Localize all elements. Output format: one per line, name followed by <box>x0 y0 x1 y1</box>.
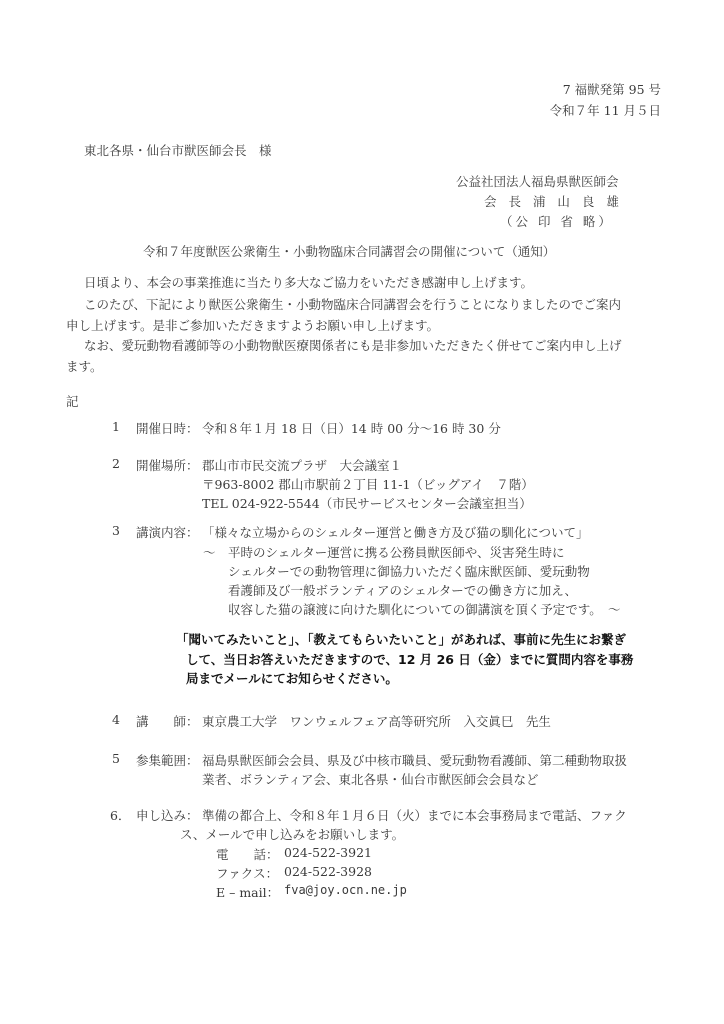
item-4-lecturer: 東京農工大学 ワンウェルフェア高等研究所 入交眞巳 先生 <box>202 712 551 730</box>
contact-phone-value: 024-522-3921 <box>284 845 372 860</box>
document-date: 令和７年 11 月５日 <box>550 101 661 119</box>
item-3-desc-4: 収容した猫の譲渡に向けた馴化についての御講演を頂く予定です。 〜 <box>228 600 621 618</box>
item-1-label: 開催日時： <box>136 419 199 437</box>
item-5-scope-2: 業者、ボランティア会、東北各県・仙台市獣医師会会員など <box>202 770 539 788</box>
question-notice-line-3: 局までメールにてお知らせください。 <box>186 669 398 687</box>
body-paragraph-2-line-2: 申し上げます。是非ご参加いただきますようお願い申し上げます。 <box>66 316 439 334</box>
ki-heading: 記 <box>66 392 79 410</box>
item-3-title: 「様々な立場からのシェルター運営と働き方及び猫の馴化について」 <box>202 523 589 541</box>
item-6-label: 申し込み： <box>136 806 199 824</box>
contact-fax-value: 024-522-3928 <box>284 864 372 879</box>
item-5-label: 参集範囲： <box>136 751 199 769</box>
question-notice-line-2: して、当日お答えいただきますので、12 月 26 日（金）までに質問内容を事務 <box>186 650 633 668</box>
seal-note: （公 印 省 略） <box>500 212 614 230</box>
body-paragraph-2-line-1: このたび、下記により獣医公衆衛生・小動物臨床合同講習会を行うことになりましたので… <box>84 295 621 313</box>
item-6-text-2: ス、メールで申し込みをお願いします。 <box>180 825 404 843</box>
body-paragraph-3-line-1: なお、愛玩動物看護師等の小動物獣医療関係者にも是非参加いただきたく併せてご案内申… <box>84 336 622 354</box>
item-2-address: 〒963-8002 郡山市駅前２丁目 11-1（ビッグアイ ７階） <box>202 475 534 493</box>
body-paragraph-3-line-2: ます。 <box>66 357 103 375</box>
contact-email-value[interactable]: fva@joy.ocn.ne.jp <box>284 883 407 897</box>
item-1-number: 1 <box>112 419 120 434</box>
item-5-number: 5 <box>112 751 120 766</box>
item-3-label: 講演内容： <box>136 523 199 541</box>
item-2-label: 開催場所： <box>136 456 199 474</box>
item-2-phone: TEL 024-922-5544（市民サービスセンター会議室担当） <box>202 494 532 512</box>
item-1-value: 令和８年１月 18 日（日）14 時 00 分〜16 時 30 分 <box>202 419 501 437</box>
sender-name: 会 長 浦 山 良 雄 <box>484 192 623 210</box>
document-number: 7 福獣発第 95 号 <box>563 80 661 98</box>
contact-email-label: E – mail： <box>216 883 279 901</box>
item-2-venue: 郡山市市民交流プラザ 大会議室１ <box>202 456 402 474</box>
body-paragraph-1: 日頃より、本会の事業推進に当たり多大なご協力をいただき感謝申し上げます。 <box>84 273 533 291</box>
item-3-number: 3 <box>112 523 120 538</box>
item-3-desc-1: 〜 平時のシェルター運営に携る公務員獣医師や、災害発生時に <box>203 543 565 561</box>
item-6-number: 6． <box>110 806 130 824</box>
subject-title: 令和７年度獣医公衆衛生・小動物臨床合同講習会の開催について（通知） <box>143 242 555 260</box>
item-5-scope-1: 福島県獣医師会会員、県及び中核市職員、愛玩動物看護師、第二種動物取扱 <box>202 751 627 769</box>
contact-phone-label: 電 話： <box>216 845 279 863</box>
item-4-number: 4 <box>112 712 120 727</box>
addressee: 東北各県・仙台市獣医師会長 様 <box>84 141 272 159</box>
question-notice-line-1: 「聞いてみたいこと」、「教えてもらいたいこと」があれば、事前に先生にお繋ぎ <box>176 630 626 648</box>
item-4-label: 講 師： <box>136 712 199 730</box>
sender-organization: 公益社団法人福島県獣医師会 <box>456 172 619 190</box>
item-6-text-1: 準備の都合上、令和８年１月６日（火）までに本会事務局まで電話、ファク <box>202 806 627 824</box>
item-3-desc-3: 看護師及び一般ボランティアのシェルターでの働き方に加え、 <box>228 581 577 599</box>
item-2-number: 2 <box>112 456 120 471</box>
contact-fax-label: ファクス： <box>216 864 278 882</box>
item-3-desc-2: シェルターでの動物管理に御協力いただく臨床獣医師、愛玩動物 <box>228 562 590 580</box>
